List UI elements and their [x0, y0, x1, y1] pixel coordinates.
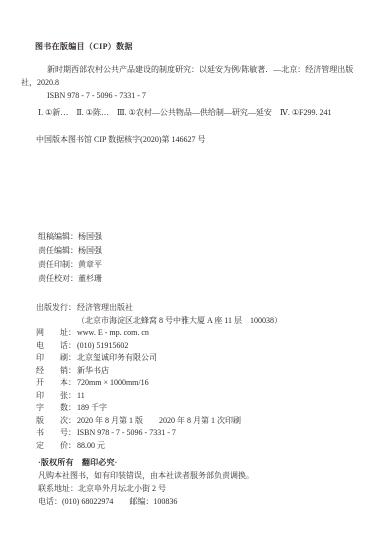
- staff-name: 黄章平: [78, 260, 102, 269]
- cip-description-line1: 新时期西部农村公共产品建设的制度研究：以延安为例/陈敏著．—北京：经济管理出版: [21, 63, 363, 76]
- pub-value: 经济管理出版社: [77, 303, 133, 312]
- pub-label: 版 次：: [36, 415, 77, 428]
- staff-name: 杨国强: [78, 232, 102, 241]
- contact-address-line: 联系地址：北京阜外月坛北小街 2 号: [38, 482, 254, 495]
- copyright-notice: ·版权所有 翻印必究· 凡购本社图书，如有印装错误，由本社读者服务部负责调换。 …: [38, 456, 254, 508]
- pub-label: 出版发行：: [36, 302, 77, 315]
- cip-isbn: ISBN 978 - 7 - 5096 - 7331 - 7: [21, 89, 363, 102]
- pub-label: 经 销：: [36, 365, 77, 378]
- pub-value: ISBN 978 - 7 - 5096 - 7331 - 7: [77, 428, 176, 437]
- cip-description-block: 新时期西部农村公共产品建设的制度研究：以延安为例/陈敏著．—北京：经济管理出版 …: [21, 63, 363, 102]
- pub-row-isbn: 书 号：ISBN 978 - 7 - 5096 - 7331 - 7: [36, 427, 282, 440]
- pub-row-sheets: 印 张：11: [36, 390, 282, 403]
- pub-row-publisher: 出版发行：经济管理出版社: [36, 302, 282, 315]
- staff-name: 董杉珊: [78, 274, 102, 283]
- staff-label: 组稿编辑：: [38, 232, 78, 241]
- cip-description-line2: 社，2020.8: [21, 76, 363, 89]
- pub-label: 书 号：: [36, 427, 77, 440]
- staff-row-print-supervisor: 责任印制：黄章平: [38, 258, 102, 272]
- pub-value: 北京玺诚印务有限公司: [77, 353, 157, 362]
- staff-label: 责任校对：: [38, 274, 78, 283]
- pub-row-word-count: 字 数：189 千字: [36, 402, 282, 415]
- publication-info: 出版发行：经济管理出版社 （北京市海淀区北蜂窝 8 号中雅大厦 A 座 11 层…: [36, 302, 282, 452]
- pub-label: 网 址：: [36, 327, 77, 340]
- staff-name: 杨国强: [78, 246, 102, 255]
- pub-row-website: 网 址：www. E - mp. com. cn: [36, 327, 282, 340]
- pub-label: 印 刷：: [36, 352, 77, 365]
- pub-row-publisher-address: （北京市海淀区北蜂窝 8 号中雅大厦 A 座 11 层 100038）: [36, 315, 282, 328]
- pub-row-price: 定 价：88.00 元: [36, 440, 282, 453]
- pub-value: 189 千字: [77, 403, 107, 412]
- pub-label: 定 价：: [36, 440, 77, 453]
- pub-value: www. E - mp. com. cn: [77, 328, 149, 337]
- pub-value: 720mm × 1000mm/16: [77, 378, 149, 387]
- pub-value: (010) 51915602: [77, 341, 128, 350]
- pub-value: 新华书店: [77, 366, 109, 375]
- copyright-slogan: ·版权所有 翻印必究·: [38, 456, 254, 469]
- exchange-policy-line: 凡购本社图书，如有印装错误，由本社读者服务部负责调换。: [38, 469, 254, 482]
- pub-label: 开 本：: [36, 377, 77, 390]
- staff-row-acquisitions-editor: 组稿编辑：杨国强: [38, 230, 102, 244]
- cip-heading: 图书在版编目（CIP）数据: [35, 41, 133, 52]
- staff-row-proofreader: 责任校对：董杉珊: [38, 272, 102, 286]
- pub-label: 字 数：: [36, 402, 77, 415]
- pub-row-format: 开 本：720mm × 1000mm/16: [36, 377, 282, 390]
- cip-classification: Ⅰ. ①新… Ⅱ. ①陈… Ⅲ. ①农村—公共物品—供给制—研究—延安 Ⅳ. ①…: [38, 107, 368, 118]
- staff-label: 责任印制：: [38, 260, 78, 269]
- pub-label: 电 话：: [36, 340, 77, 353]
- pub-row-phone: 电 话：(010) 51915602: [36, 340, 282, 353]
- pub-row-edition: 版 次：2020 年 8 月第 1 版 2020 年 8 月第 1 次印刷: [36, 415, 282, 428]
- staff-credits: 组稿编辑：杨国强 责任编辑：杨国强 责任印制：黄章平 责任校对：董杉珊: [38, 230, 102, 286]
- pub-value: 2020 年 8 月第 1 版 2020 年 8 月第 1 次印刷: [77, 416, 241, 425]
- pub-label: 印 张：: [36, 390, 77, 403]
- contact-phone-postcode-line: 电话：(010) 68022974 邮编：100836: [38, 495, 254, 508]
- pub-value: 11: [77, 391, 85, 400]
- pub-value: 88.00 元: [77, 441, 105, 450]
- pub-row-distributor: 经 销：新华书店: [36, 365, 282, 378]
- staff-label: 责任编辑：: [38, 246, 78, 255]
- cip-record-number: 中国版本图书馆 CIP 数据核字(2020)第 146627 号: [36, 134, 205, 145]
- pub-row-printer: 印 刷：北京玺诚印务有限公司: [36, 352, 282, 365]
- staff-row-responsible-editor: 责任编辑：杨国强: [38, 244, 102, 258]
- pub-value: （北京市海淀区北蜂窝 8 号中雅大厦 A 座 11 层 100038）: [77, 316, 282, 325]
